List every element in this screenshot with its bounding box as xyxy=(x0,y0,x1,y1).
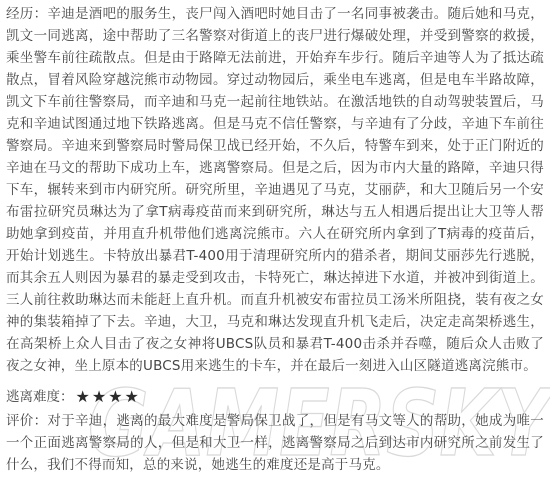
experience-paragraph: 经历：辛迪是酒吧的服务生，丧尸闯入酒吧时她目击了一名同事被袭击。随后她和马克，凯… xyxy=(6,3,544,377)
escape-difficulty-label: 逃离难度： xyxy=(6,386,74,408)
evaluation-paragraph: 评价：对于辛迪，逃离的最大难度是警局保卫战了，但是有马文等人的帮助，她成为唯一一… xyxy=(6,410,544,476)
article-page: 经历：辛迪是酒吧的服务生，丧尸闯入酒吧时她目击了一名同事被袭击。随后她和马克，凯… xyxy=(0,0,550,476)
escape-difficulty-row: 逃离难度： ★★★★ xyxy=(6,386,544,408)
escape-difficulty-stars: ★★★★ xyxy=(76,386,141,408)
